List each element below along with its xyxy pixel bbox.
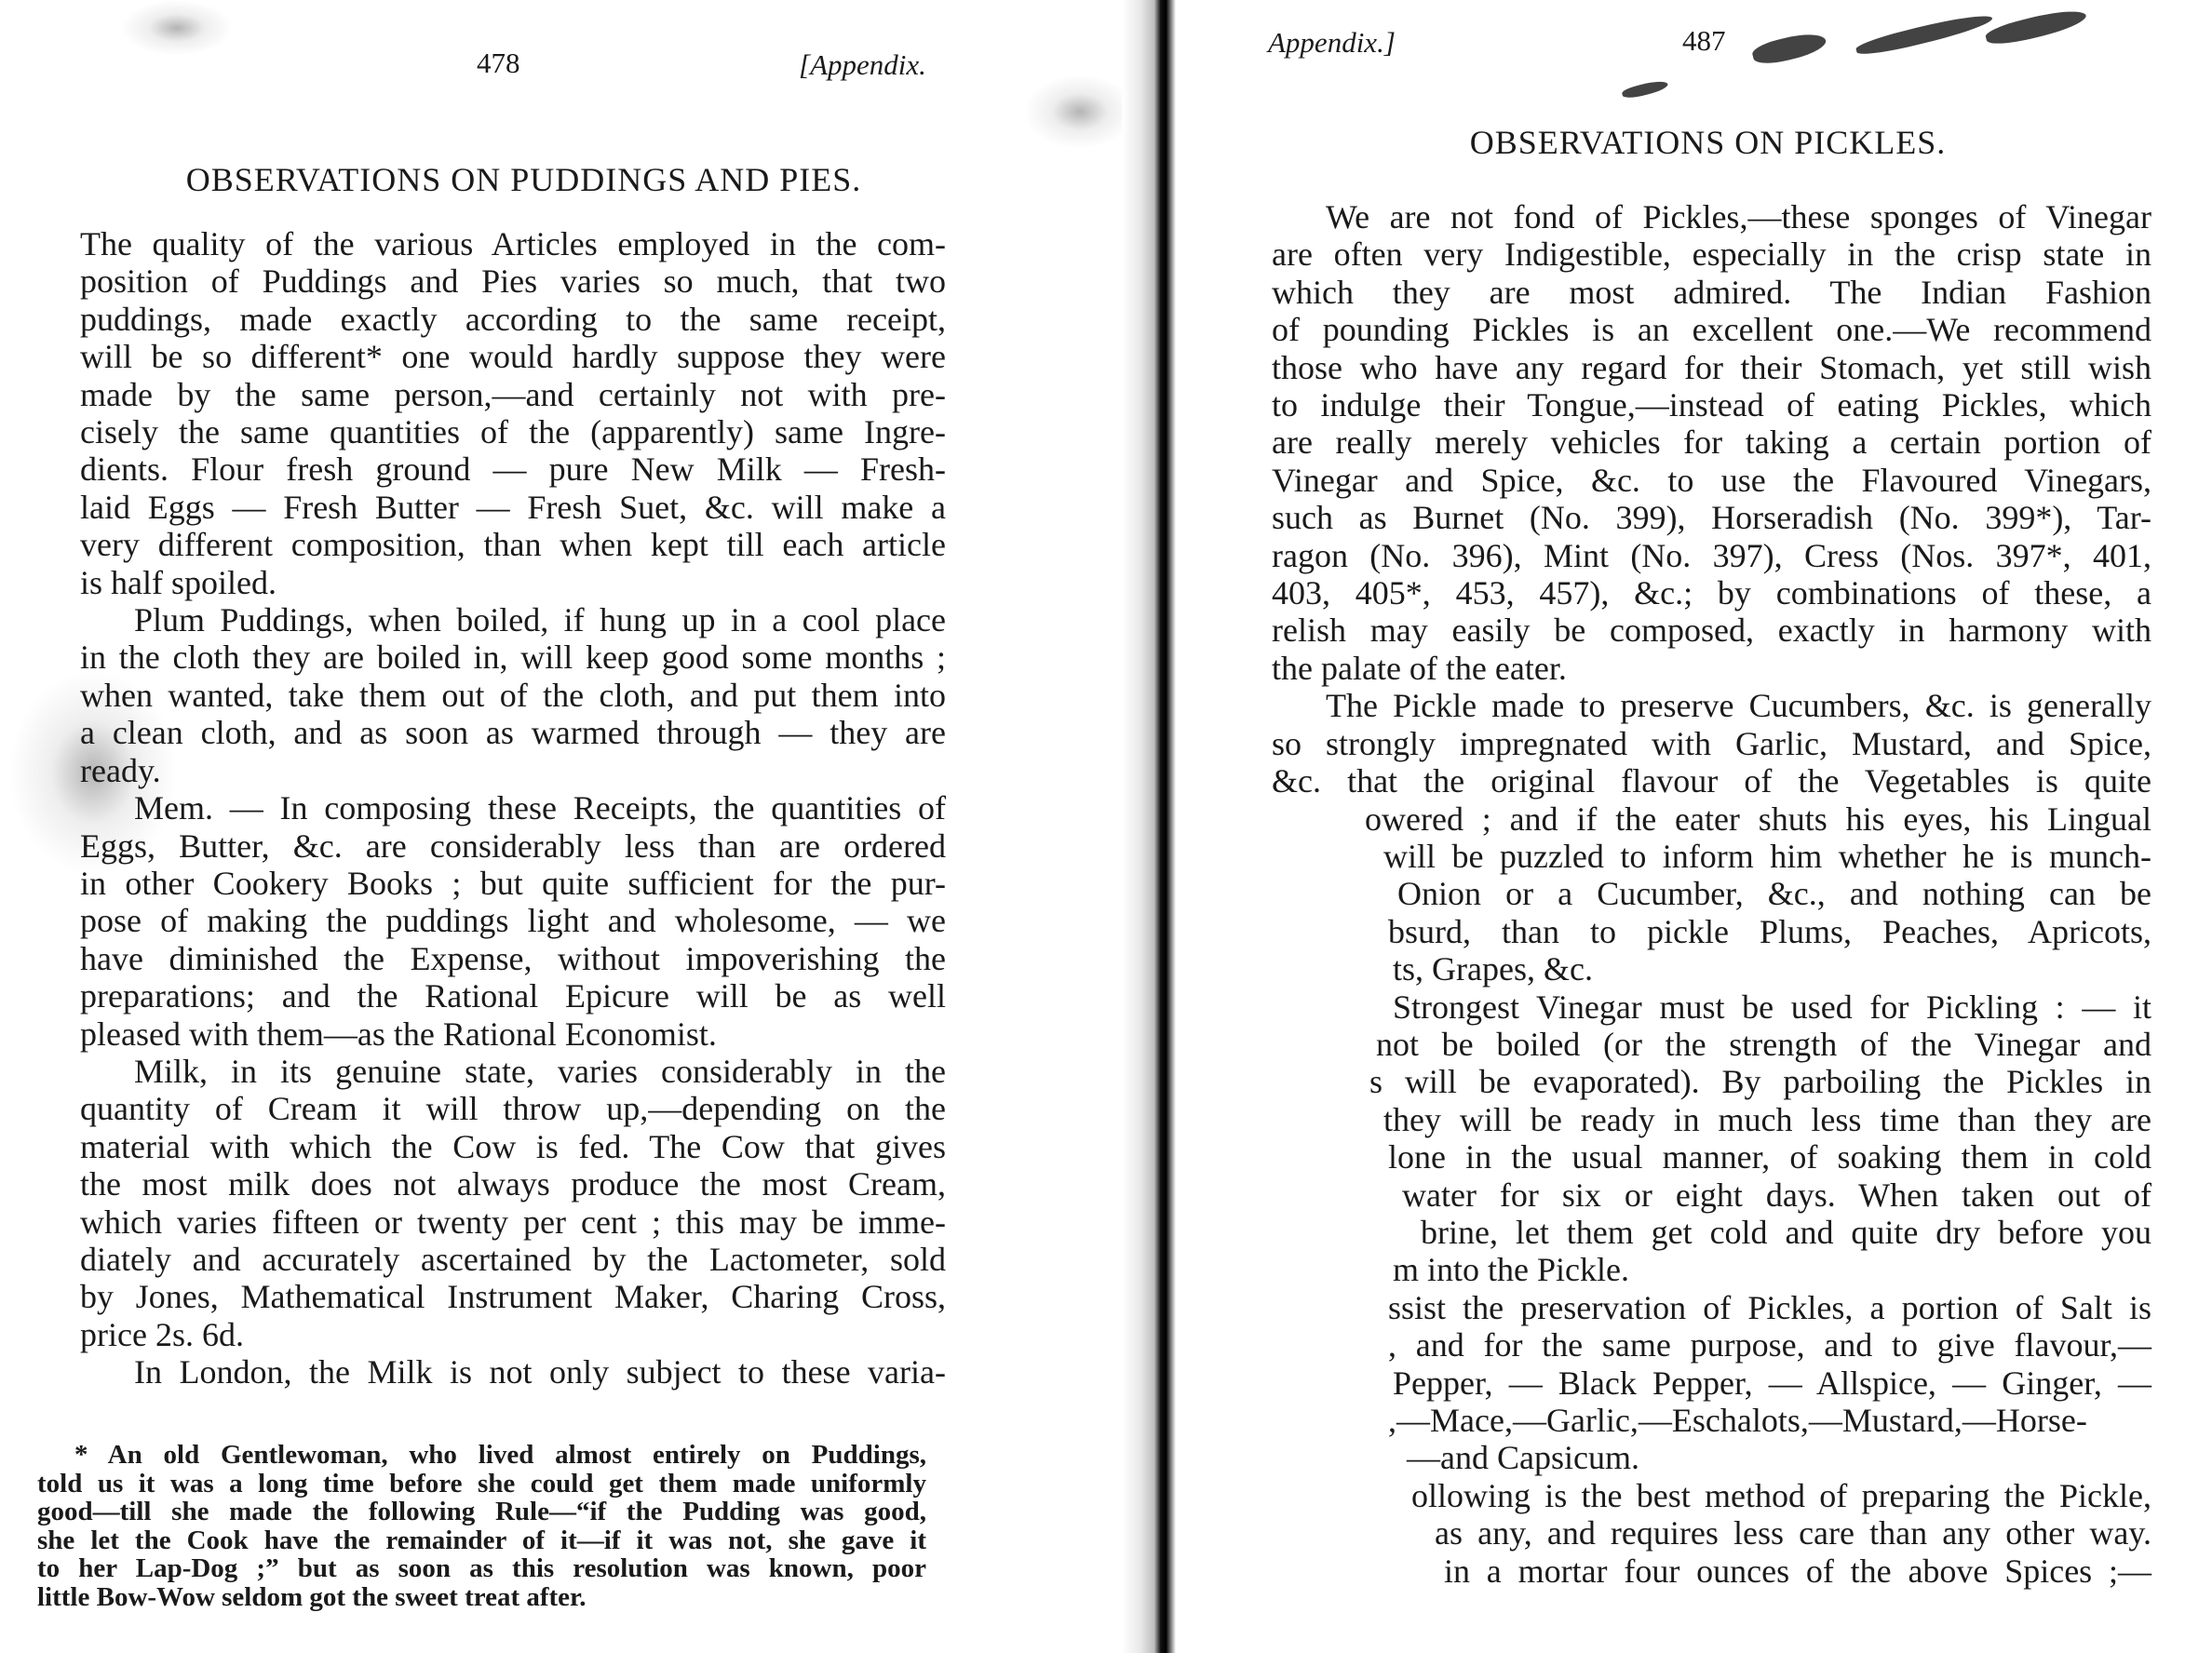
text-line: will be so different* one would hardly s…: [80, 338, 946, 375]
section-title: OBSERVATIONS ON PICKLES.: [1268, 123, 2148, 162]
footnote-line: good—till she made the following Rule—“i…: [37, 1498, 926, 1526]
text-line: as any, and requires less care than any …: [1272, 1514, 2151, 1552]
text-line: ollowing is the best method of preparing…: [1272, 1477, 2151, 1514]
footnote-line: to her Lap-Dog ;” but as soon as this re…: [37, 1554, 926, 1583]
text-line: dients. Flour fresh ground — pure New Mi…: [80, 450, 946, 488]
text-line: in the cloth they are boiled in, will ke…: [80, 638, 946, 676]
text-line: Vinegar and Spice, &c. to use the Flavou…: [1272, 462, 2151, 499]
ink-blot: [1984, 5, 2088, 49]
text-line: which varies fifteen or twenty per cent …: [80, 1203, 946, 1241]
section-title: OBSERVATIONS ON PUDDINGS AND PIES.: [93, 160, 954, 199]
text-line: position of Puddings and Pies varies so …: [80, 262, 946, 300]
text-line: a clean cloth, and as soon as warmed thr…: [80, 714, 946, 751]
text-line: Pepper, — Black Pepper, — Allspice, — Gi…: [1272, 1364, 2151, 1402]
running-head: Appendix.]: [1268, 26, 1396, 60]
text-line: &c. that the original flavour of the Veg…: [1272, 762, 2151, 800]
text-line: very different composition, than when ke…: [80, 526, 946, 563]
text-line: are really merely vehicles for taking a …: [1272, 423, 2151, 461]
ink-blot: [1621, 78, 1668, 101]
text-line: is half spoiled.: [80, 564, 946, 601]
text-line: have diminished the Expense, without imp…: [80, 940, 946, 977]
text-line: price 2s. 6d.: [80, 1316, 946, 1353]
text-line: such as Burnet (No. 399), Horseradish (N…: [1272, 499, 2151, 536]
page-number: 487: [1682, 24, 1726, 58]
text-line: 403, 405*, 453, 457), &c.; by combinatio…: [1272, 574, 2151, 611]
book-gutter: [1122, 0, 1176, 1653]
page-number: 478: [477, 47, 520, 80]
text-line: , and for the same purpose, and to give …: [1272, 1326, 2151, 1364]
text-line: relish may easily be composed, exactly i…: [1272, 611, 2151, 649]
footnote-line: told us it was a long time before she co…: [37, 1470, 926, 1498]
text-line: puddings, made exactly according to the …: [80, 301, 946, 338]
text-line: brine, let them get cold and quite dry b…: [1272, 1214, 2151, 1251]
text-line: those who have any regard for their Stom…: [1272, 349, 2151, 386]
text-line: Eggs, Butter, &c. are considerably less …: [80, 827, 946, 865]
text-line: in other Cookery Books ; but quite suffi…: [80, 865, 946, 902]
text-line: the most milk does not always produce th…: [80, 1165, 946, 1203]
text-line: s will be evaporated). By parboiling the…: [1272, 1063, 2151, 1100]
text-line: in a mortar four ounces of the above Spi…: [1272, 1552, 2151, 1590]
text-line: they will be ready in much less time tha…: [1272, 1101, 2151, 1138]
text-line: quantity of Cream it will throw up,—depe…: [80, 1090, 946, 1127]
running-head: [Appendix.: [799, 48, 926, 82]
footnote-line: * An old Gentlewoman, who lived almost e…: [37, 1441, 926, 1470]
text-line: material with which the Cow is fed. The …: [80, 1128, 946, 1165]
text-line: In London, the Milk is not only subject …: [80, 1353, 946, 1391]
text-line: The Pickle made to preserve Cucumbers, &…: [1272, 687, 2151, 724]
text-line: pose of making the puddings light and wh…: [80, 902, 946, 939]
text-line: The quality of the various Articles empl…: [80, 225, 946, 262]
text-line: water for six or eight days. When taken …: [1272, 1176, 2151, 1214]
stain: [121, 0, 233, 56]
text-line: Mem. — In composing these Receipts, the …: [80, 789, 946, 826]
text-line: Plum Puddings, when boiled, if hung up i…: [80, 601, 946, 638]
text-line: are often very Indigestible, especially …: [1272, 235, 2151, 273]
stain: [1024, 74, 1136, 149]
text-line: which they are most admired. The Indian …: [1272, 274, 2151, 311]
footnote-line: she let the Cook have the remainder of i…: [37, 1526, 926, 1555]
text-line: ts, Grapes, &c.: [1272, 950, 2151, 988]
text-line: bsurd, than to pickle Plums, Peaches, Ap…: [1272, 913, 2151, 950]
text-line: owered ; and if the eater shuts his eyes…: [1272, 800, 2151, 838]
text-line: ragon (No. 396), Mint (No. 397), Cress (…: [1272, 537, 2151, 574]
text-line: to indulge their Tongue,—instead of eati…: [1272, 386, 2151, 423]
text-line: will be puzzled to inform him whether he…: [1272, 838, 2151, 875]
text-line: pleased with them—as the Rational Econom…: [80, 1015, 946, 1053]
text-line: We are not fond of Pickles,—these sponge…: [1272, 198, 2151, 235]
text-line: Strongest Vinegar must be used for Pickl…: [1272, 988, 2151, 1026]
text-line: so strongly impregnated with Garlic, Mus…: [1272, 725, 2151, 762]
left-page: 478 [Appendix. OBSERVATIONS ON PUDDINGS …: [0, 0, 1122, 1653]
text-line: Onion or a Cucumber, &c., and nothing ca…: [1272, 875, 2151, 912]
text-line: m into the Pickle.: [1272, 1251, 2151, 1288]
text-line: diately and accurately ascertained by th…: [80, 1241, 946, 1278]
body-text: The quality of the various Articles empl…: [80, 225, 946, 1391]
body-text: We are not fond of Pickles,—these sponge…: [1272, 198, 2151, 1590]
text-line: —and Capsicum.: [1272, 1439, 2151, 1476]
right-page: Appendix.] 487 OBSERVATIONS ON PICKLES. …: [1175, 0, 2212, 1653]
text-line: when wanted, take them out of the cloth,…: [80, 677, 946, 714]
ink-blot: [1750, 29, 1828, 69]
text-line: lone in the usual manner, of soaking the…: [1272, 1138, 2151, 1176]
ink-blot: [1855, 9, 1994, 60]
text-line: ,—Mace,—Garlic,—Eschalots,—Mustard,—Hors…: [1272, 1402, 2151, 1439]
text-line: the palate of the eater.: [1272, 650, 2151, 687]
footnote-line: little Bow-Wow seldom got the sweet trea…: [37, 1583, 926, 1612]
text-line: cisely the same quantities of the (appar…: [80, 413, 946, 450]
text-line: Milk, in its genuine state, varies consi…: [80, 1053, 946, 1090]
text-line: ready.: [80, 752, 946, 789]
footnote: * An old Gentlewoman, who lived almost e…: [37, 1441, 926, 1611]
text-line: made by the same person,—and certainly n…: [80, 376, 946, 413]
text-line: not be boiled (or the strength of the Vi…: [1272, 1026, 2151, 1063]
text-line: laid Eggs — Fresh Butter — Fresh Suet, &…: [80, 489, 946, 526]
text-line: by Jones, Mathematical Instrument Maker,…: [80, 1278, 946, 1315]
text-line: of pounding Pickles is an excellent one.…: [1272, 311, 2151, 348]
text-line: preparations; and the Rational Epicure w…: [80, 977, 946, 1015]
text-line: ssist the preservation of Pickles, a por…: [1272, 1289, 2151, 1326]
